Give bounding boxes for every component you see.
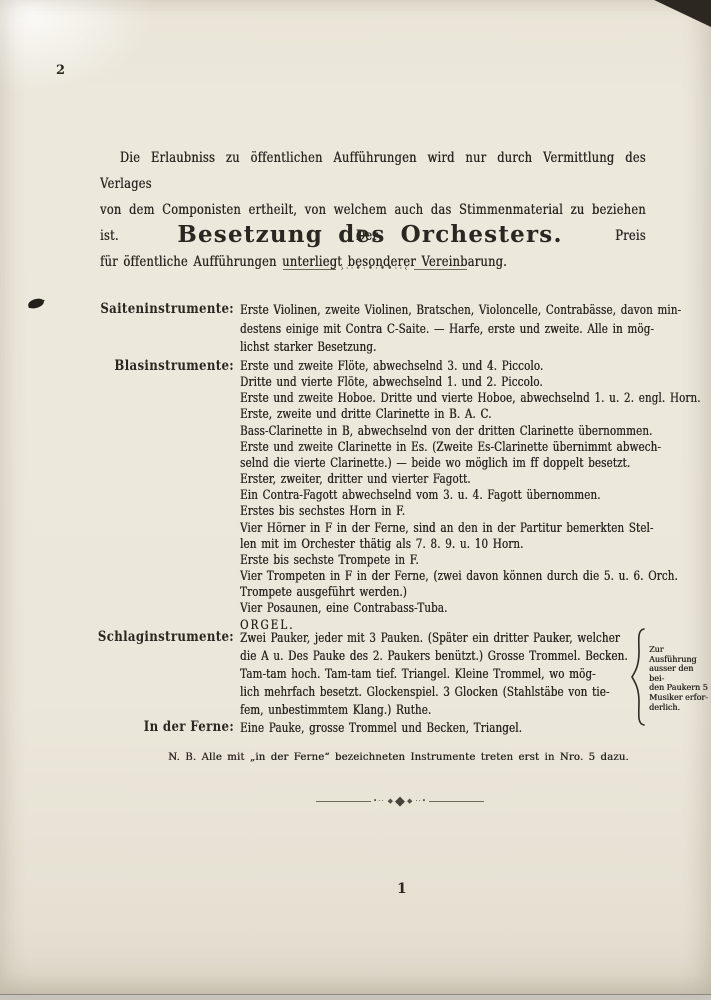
text-line: Erstes bis sechstes Horn in F. xyxy=(240,503,654,519)
text-line: fem, unbestimmtem Klang.) Ruthe. xyxy=(240,701,638,719)
text-line: Zwei Pauker, jeder mit 3 Pauken. (Später… xyxy=(240,629,638,647)
plate-number: 1 xyxy=(397,881,407,897)
paper-page: 2 Die Erlaubniss zu öffentlichen Aufführ… xyxy=(0,0,711,994)
text-line: Erste Violinen, zweite Violinen, Bratsch… xyxy=(240,301,650,320)
text-line: Tam-tam hoch. Tam-tam tief. Triangel. Kl… xyxy=(240,665,638,683)
section-label-in-der-ferne: In der Ferne: xyxy=(91,719,234,735)
text-line: Bass-Clarinette in B, abwechselnd von de… xyxy=(240,423,654,439)
side-note-text: Zur Ausführung ausser den bei- den Pauke… xyxy=(649,645,709,712)
page-title: Besetzung des Orchesters. xyxy=(30,221,710,248)
text-line: Erste und zweite Clarinette in Es. (Zwei… xyxy=(240,439,654,455)
text-line: Vier Posaunen, eine Contrabass-Tuba. xyxy=(240,600,654,616)
divider-dots: •·· xyxy=(371,797,387,805)
text-line: Erste, zweite und dritte Clarinette in B… xyxy=(240,406,654,422)
heading-divider-ornament: ›··•·•·••··‹ xyxy=(283,262,467,276)
text-line: Eine Pauke, grosse Trommel und Becken, T… xyxy=(240,719,650,737)
section-in-der-ferne-text: Eine Pauke, grosse Trommel und Becken, T… xyxy=(240,719,650,737)
divider-line xyxy=(414,269,467,270)
text-line: Erste bis sechste Trompete in F. xyxy=(240,552,654,568)
nb-footnote: N. B. Alle mit „in der Ferne“ bezeichnet… xyxy=(102,751,696,763)
section-label-schlaginstrumente: Schlaginstrumente: xyxy=(91,629,234,645)
section-label-saiteninstrumente: Saiteninstrumente: xyxy=(91,301,234,317)
divider-diamond-small: ◆ xyxy=(387,797,394,805)
section-label-blasinstrumente: Blasinstrumente: xyxy=(91,358,234,374)
text-line: Erste und zweite Hoboe. Dritte und viert… xyxy=(240,390,654,406)
text-line: Vier Trompeten in F in der Ferne, (zwei … xyxy=(240,568,654,584)
text-line: lichst starker Besetzung. xyxy=(240,338,650,357)
text-line: selnd die vierte Clarinette.) — beide wo… xyxy=(240,455,654,471)
text-line: Die Erlaubniss zu öffentlichen Aufführun… xyxy=(100,145,646,197)
text-line: len mit im Orchester thätig als 7. 8. 9.… xyxy=(240,536,654,552)
rights-notice-paragraph: Die Erlaubniss zu öffentlichen Aufführun… xyxy=(100,145,646,275)
divider-line xyxy=(429,801,484,802)
scan-edge-strip xyxy=(0,994,711,1000)
divider-diamond-large: ◆ xyxy=(394,794,406,809)
text-line: destens einige mit Contra C-Saite. — Har… xyxy=(240,320,650,339)
divider-glyphs: ›··•·•·••··‹ xyxy=(336,264,414,274)
text-line: derlich. xyxy=(649,703,709,713)
text-line: Ein Contra-Fagott abwechselnd vom 3. u. … xyxy=(240,487,654,503)
divider-line xyxy=(316,801,371,802)
divider-line xyxy=(283,269,336,270)
text-line: Dritte und vierte Flöte, abwechselnd 1. … xyxy=(240,374,654,390)
text-line: Musiker erfor- xyxy=(649,693,709,703)
ink-blot xyxy=(27,298,44,310)
text-line: Erster, zweiter, dritter und vierter Fag… xyxy=(240,471,654,487)
text-line: die A u. Des Pauke des 2. Paukers benütz… xyxy=(240,647,638,665)
text-line: Vier Hörner in F in der Ferne, sind an d… xyxy=(240,520,654,536)
section-schlaginstrumente-text: Zwei Pauker, jeder mit 3 Pauken. (Später… xyxy=(240,629,638,719)
section-blasinstrumente-text: Erste und zweite Flöte, abwechselnd 3. u… xyxy=(240,358,654,633)
text-line: ausser den bei- xyxy=(649,664,709,683)
section-saiteninstrumente-text: Erste Violinen, zweite Violinen, Bratsch… xyxy=(240,301,650,357)
text-line: Zur Ausführung xyxy=(649,645,709,664)
divider-diamond-small: ◆ xyxy=(406,797,413,805)
divider-dots: ··• xyxy=(413,797,429,805)
side-note-brace xyxy=(630,628,647,726)
text-line: lich mehrfach besetzt. Glockenspiel. 3 G… xyxy=(240,683,638,701)
footer-divider-ornament: •·· ◆ ◆ ◆ ··• xyxy=(316,792,484,810)
text-line: den Paukern 5 xyxy=(649,683,709,693)
page-number-top: 2 xyxy=(56,63,65,78)
text-line: Erste und zweite Flöte, abwechselnd 3. u… xyxy=(240,358,654,374)
text-line: Trompete ausgeführt werden.) xyxy=(240,584,654,600)
scanned-score-page: { "page": { "page_number_top": "2", "pla… xyxy=(0,0,711,1000)
